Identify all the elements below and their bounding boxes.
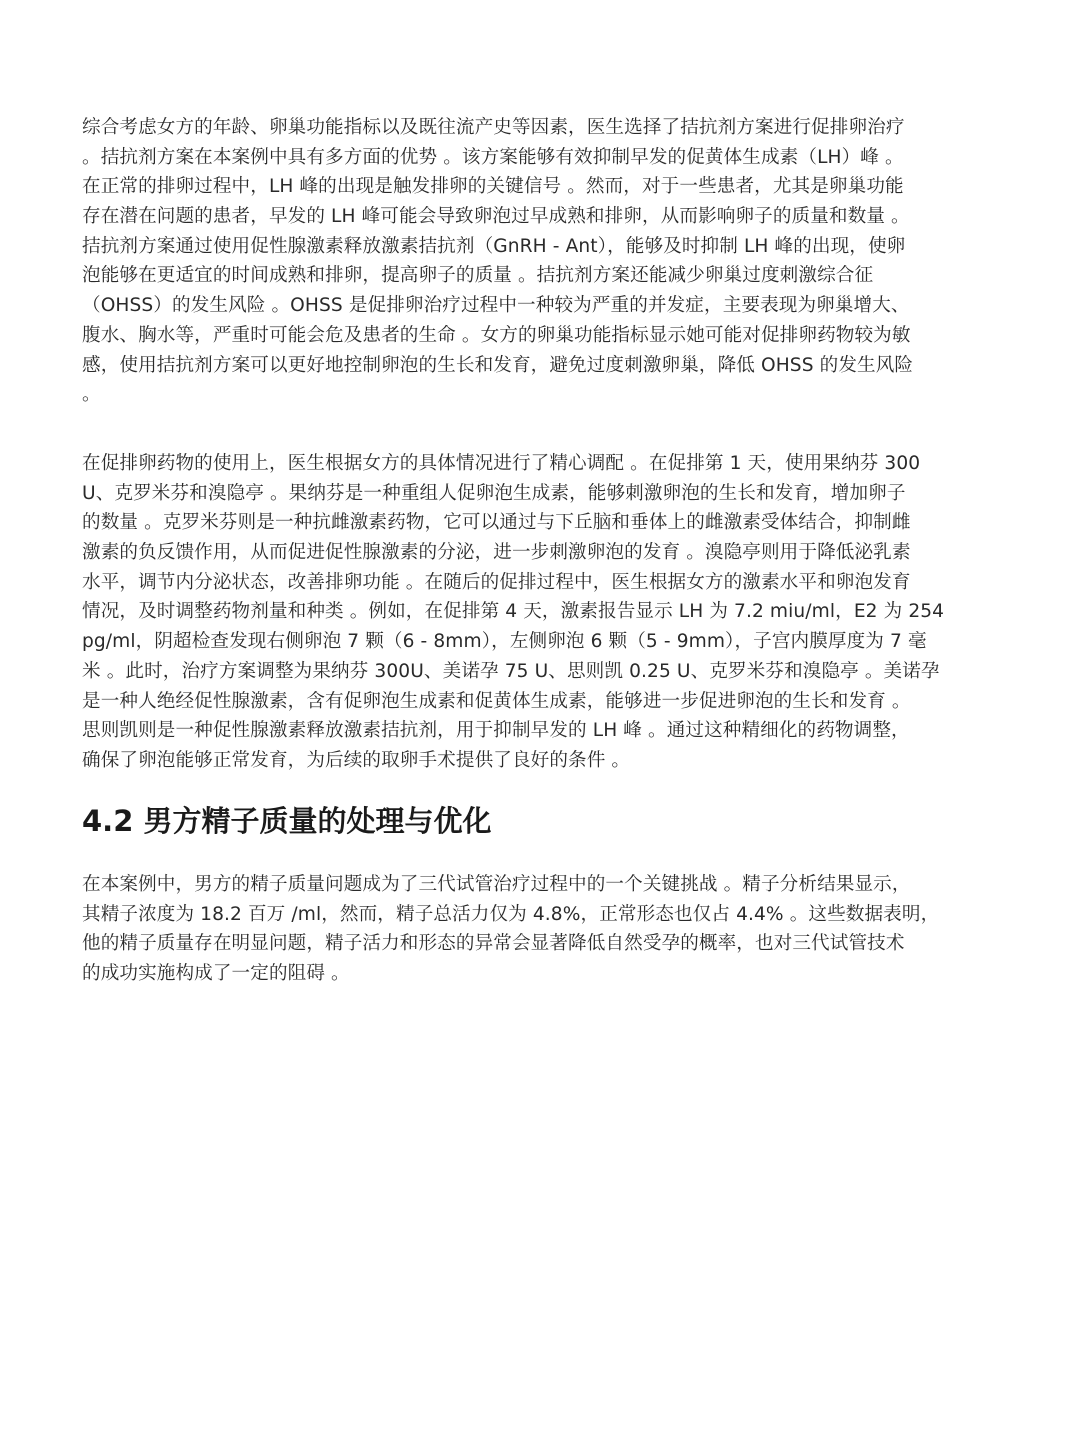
- paragraph-medication-usage: 在促排卵药物的使用上，医生根据女方的具体情况进行了精心调配 。在促排第 1 天，…: [82, 449, 944, 776]
- text-line: 米 。此时，治疗方案调整为果纳芬 300U、美诺孕 75 U、思则凯 0.25 …: [82, 657, 944, 687]
- text-line: 。拮抗剂方案在本案例中具有多方面的优势 。该方案能够有效抑制早发的促黄体生成素（…: [82, 143, 913, 173]
- text-line: 泡能够在更适宜的时间成熟和排卵，提高卵子的质量 。拮抗剂方案还能减少卵巢过度刺激…: [82, 261, 913, 291]
- text-line: 其精子浓度为 18.2 百万 /ml，然而，精子总活力仅为 4.8%，正常形态也…: [82, 900, 939, 930]
- text-line: 思则凯则是一种促性腺激素释放激素拮抗剂，用于抑制早发的 LH 峰 。通过这种精细…: [82, 716, 944, 746]
- text-line: 。: [82, 380, 913, 410]
- text-line: 拮抗剂方案通过使用促性腺激素释放激素拮抗剂（GnRH - Ant），能够及时抑制…: [82, 232, 913, 262]
- text-line: 综合考虑女方的年龄、卵巢功能指标以及既往流产史等因素，医生选择了拮抗剂方案进行促…: [82, 113, 913, 143]
- text-line: 确保了卵泡能够正常发育，为后续的取卵手术提供了良好的条件 。: [82, 746, 944, 776]
- text-line: 感，使用拮抗剂方案可以更好地控制卵泡的生长和发育，避免过度刺激卵巢，降低 OHS…: [82, 351, 913, 381]
- text-line: 水平，调节内分泌状态，改善排卵功能 。在随后的促排过程中，医生根据女方的激素水平…: [82, 568, 944, 598]
- section-heading: 4.2 男方精子质量的处理与优化: [82, 801, 491, 841]
- text-line: pg/ml，阴超检查发现右侧卵泡 7 颗（6 - 8mm），左侧卵泡 6 颗（5…: [82, 627, 944, 657]
- text-line: 腹水、胸水等，严重时可能会危及患者的生命 。女方的卵巢功能指标显示她可能对促排卵…: [82, 321, 913, 351]
- text-line: U、克罗米芬和溴隐亭 。果纳芬是一种重组人促卵泡生成素，能够刺激卵泡的生长和发育…: [82, 479, 944, 509]
- text-line: 在促排卵药物的使用上，医生根据女方的具体情况进行了精心调配 。在促排第 1 天，…: [82, 449, 944, 479]
- text-line: 在本案例中，男方的精子质量问题成为了三代试管治疗过程中的一个关键挑战 。精子分析…: [82, 870, 939, 900]
- text-line: 他的精子质量存在明显问题，精子活力和形态的异常会显著降低自然受孕的概率，也对三代…: [82, 929, 939, 959]
- text-line: 存在潜在问题的患者，早发的 LH 峰可能会导致卵泡过早成熟和排卵，从而影响卵子的…: [82, 202, 913, 232]
- paragraph-sperm-quality: 在本案例中，男方的精子质量问题成为了三代试管治疗过程中的一个关键挑战 。精子分析…: [82, 870, 939, 989]
- text-line: 的数量 。克罗米芬则是一种抗雌激素药物，它可以通过与下丘脑和垂体上的雌激素受体结…: [82, 508, 944, 538]
- text-line: 激素的负反馈作用，从而促进促性腺激素的分泌，进一步刺激卵泡的发育 。溴隐亭则用于…: [82, 538, 944, 568]
- text-line: （OHSS）的发生风险 。OHSS 是促排卵治疗过程中一种较为严重的并发症，主要…: [82, 291, 913, 321]
- text-line: 情况，及时调整药物剂量和种类 。例如，在促排第 4 天，激素报告显示 LH 为 …: [82, 597, 944, 627]
- text-line: 是一种人绝经促性腺激素，含有促卵泡生成素和促黄体生成素，能够进一步促进卵泡的生长…: [82, 687, 944, 717]
- paragraph-antagonist-protocol: 综合考虑女方的年龄、卵巢功能指标以及既往流产史等因素，医生选择了拮抗剂方案进行促…: [82, 113, 913, 410]
- text-line: 在正常的排卵过程中，LH 峰的出现是触发排卵的关键信号 。然而，对于一些患者，尤…: [82, 172, 913, 202]
- text-line: 的成功实施构成了一定的阻碍 。: [82, 959, 939, 989]
